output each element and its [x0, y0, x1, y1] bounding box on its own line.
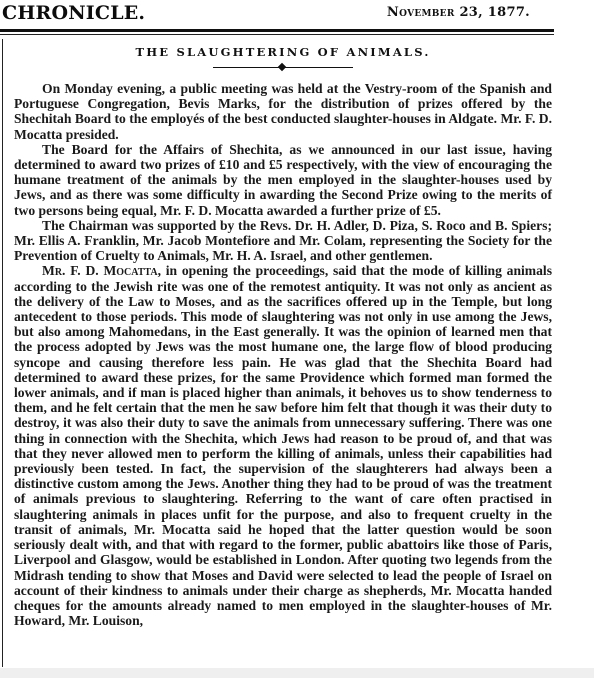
- article-headline: THE SLAUGHTERING OF ANIMALS.: [14, 45, 552, 59]
- newspaper-title: CHRONICLE.: [2, 2, 145, 24]
- paragraph-text: in opening the proceedings, said that th…: [14, 263, 552, 628]
- article-paragraph: On Monday evening, a public meeting was …: [14, 81, 552, 142]
- headline-ornament-divider: [213, 63, 353, 73]
- masthead-rule-thin: [0, 34, 554, 35]
- article: THE SLAUGHTERING OF ANIMALS. On Monday e…: [14, 39, 552, 628]
- issue-date: November 23, 1877.: [387, 5, 530, 20]
- article-paragraph: Mr. F. D. Mocatta, in opening the procee…: [14, 263, 552, 628]
- page-bottom-edge: [0, 668, 594, 678]
- article-body: On Monday evening, a public meeting was …: [14, 81, 552, 628]
- article-paragraph: The Chairman was supported by the Revs. …: [14, 218, 552, 264]
- column-border-rule: [2, 39, 3, 667]
- paragraph-text: The Board for the Affairs of Shechita, a…: [14, 142, 552, 218]
- paragraph-text: On Monday evening, a public meeting was …: [14, 81, 552, 142]
- paragraph-lead: Mr. F. D. Mocatta,: [42, 263, 161, 278]
- diamond-ornament-icon: [278, 63, 286, 71]
- article-paragraph: The Board for the Affairs of Shechita, a…: [14, 142, 552, 218]
- paragraph-text: The Chairman was supported by the Revs. …: [14, 218, 552, 263]
- masthead-rule-thick: [0, 29, 554, 32]
